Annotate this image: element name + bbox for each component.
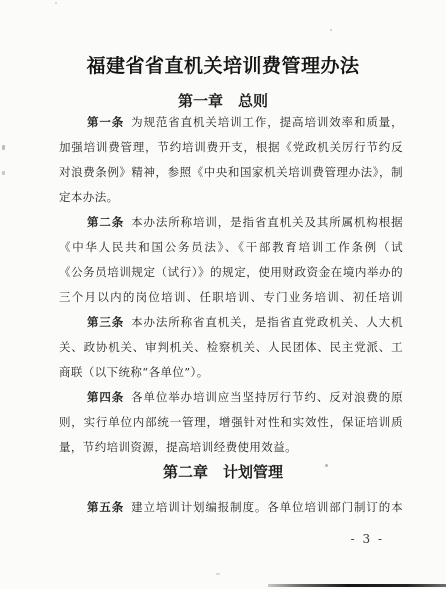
text-line: 量，节约培训资源，提高培训经费使用效益。 xyxy=(59,435,403,460)
scan-speck xyxy=(55,2,57,4)
document-title: 福建省省直机关培训费管理办法 xyxy=(0,52,446,80)
article-1-label: 第一条 xyxy=(87,115,124,129)
article-2: 第二条本办法所称培训，是指省直机关及其所属机构根据 《中华人民共和国公务员法》、… xyxy=(59,210,403,310)
text-line: 关、政协机关、审判机关、检察机关、人民团体、民主党派、工 xyxy=(59,335,403,360)
article-5-first-line-text: 建立培训计划编报制度。各单位培训部门制订的本 xyxy=(131,500,403,514)
article-4-label: 第四条 xyxy=(87,390,124,404)
text-line: 第五条建立培训计划编报制度。各单位培训部门制订的本 xyxy=(59,495,403,520)
text-line: 第一条为规范省直机关培训工作，提高培训效率和质量， xyxy=(59,110,403,135)
article-1: 第一条为规范省直机关培训工作，提高培训效率和质量， 加强培训费管理，节约培训费开… xyxy=(59,110,403,210)
page-number: - 3 - xyxy=(0,532,446,546)
text-line: 加强培训费管理，节约培训费开支，根据《党政机关厉行节约反 xyxy=(59,135,403,160)
article-4-first-line-text: 各单位举办培训应当坚持厉行节约、反对浪费的原 xyxy=(131,390,403,404)
article-1-first-line-text: 为规范省直机关培训工作，提高培训效率和质量， xyxy=(131,115,403,129)
text-line: 则，实行单位内部统一管理，增强针对性和实效性，保证培训质 xyxy=(59,410,403,435)
scan-speck xyxy=(2,145,5,150)
text-line: 定本办法。 xyxy=(59,185,403,210)
text-line: 《公务员培训规定（试行）》的规定，使用财政资金在境内举办的 xyxy=(59,260,403,285)
article-4: 第四条各单位举办培训应当坚持厉行节约、反对浪费的原 则，实行单位内部统一管理，增… xyxy=(59,385,403,460)
text-line: 第三条本办法所称省直机关，是指省直党政机关、人大机 xyxy=(59,310,403,335)
article-2-label: 第二条 xyxy=(87,215,124,229)
scan-speck xyxy=(216,573,220,575)
text-line: 对浪费条例》精神，参照《中央和国家机关培训费管理办法》，制 xyxy=(59,160,403,185)
article-3-first-line-text: 本办法所称省直机关，是指省直党政机关、人大机 xyxy=(131,315,403,329)
article-3-label: 第三条 xyxy=(87,315,124,329)
chapter-2-body: 第五条建立培训计划编报制度。各单位培训部门制订的本 xyxy=(59,495,403,520)
scan-speck xyxy=(2,171,5,175)
scanned-document-page: 福建省省直机关培训费管理办法 第一章 总则 第一条为规范省直机关培训工作，提高培… xyxy=(0,0,446,589)
scan-speck xyxy=(330,29,332,31)
text-line: 商联（以下统称“各单位”）。 xyxy=(59,360,403,385)
text-line: 《中华人民共和国公务员法》、《干部教育培训工作条例（试行）》、 xyxy=(59,235,403,260)
scan-speck xyxy=(325,464,328,467)
chapter-1-body: 第一条为规范省直机关培训工作，提高培训效率和质量， 加强培训费管理，节约培训费开… xyxy=(59,110,403,460)
scan-edge-line xyxy=(268,584,446,587)
text-line: 三个月以内的岗位培训、任职培训、专门业务培训、初任培训等。 xyxy=(59,285,403,310)
article-3: 第三条本办法所称省直机关，是指省直党政机关、人大机 关、政协机关、审判机关、检察… xyxy=(59,310,403,385)
article-5: 第五条建立培训计划编报制度。各单位培训部门制订的本 xyxy=(59,495,403,520)
text-line: 第二条本办法所称培训，是指省直机关及其所属机构根据 xyxy=(59,210,403,235)
chapter-2-heading: 第二章 计划管理 xyxy=(0,460,446,485)
text-line: 第四条各单位举办培训应当坚持厉行节约、反对浪费的原 xyxy=(59,385,403,410)
article-5-label: 第五条 xyxy=(87,500,124,514)
chapter-1-heading: 第一章 总则 xyxy=(0,92,446,110)
article-2-first-line-text: 本办法所称培训，是指省直机关及其所属机构根据 xyxy=(131,215,403,229)
